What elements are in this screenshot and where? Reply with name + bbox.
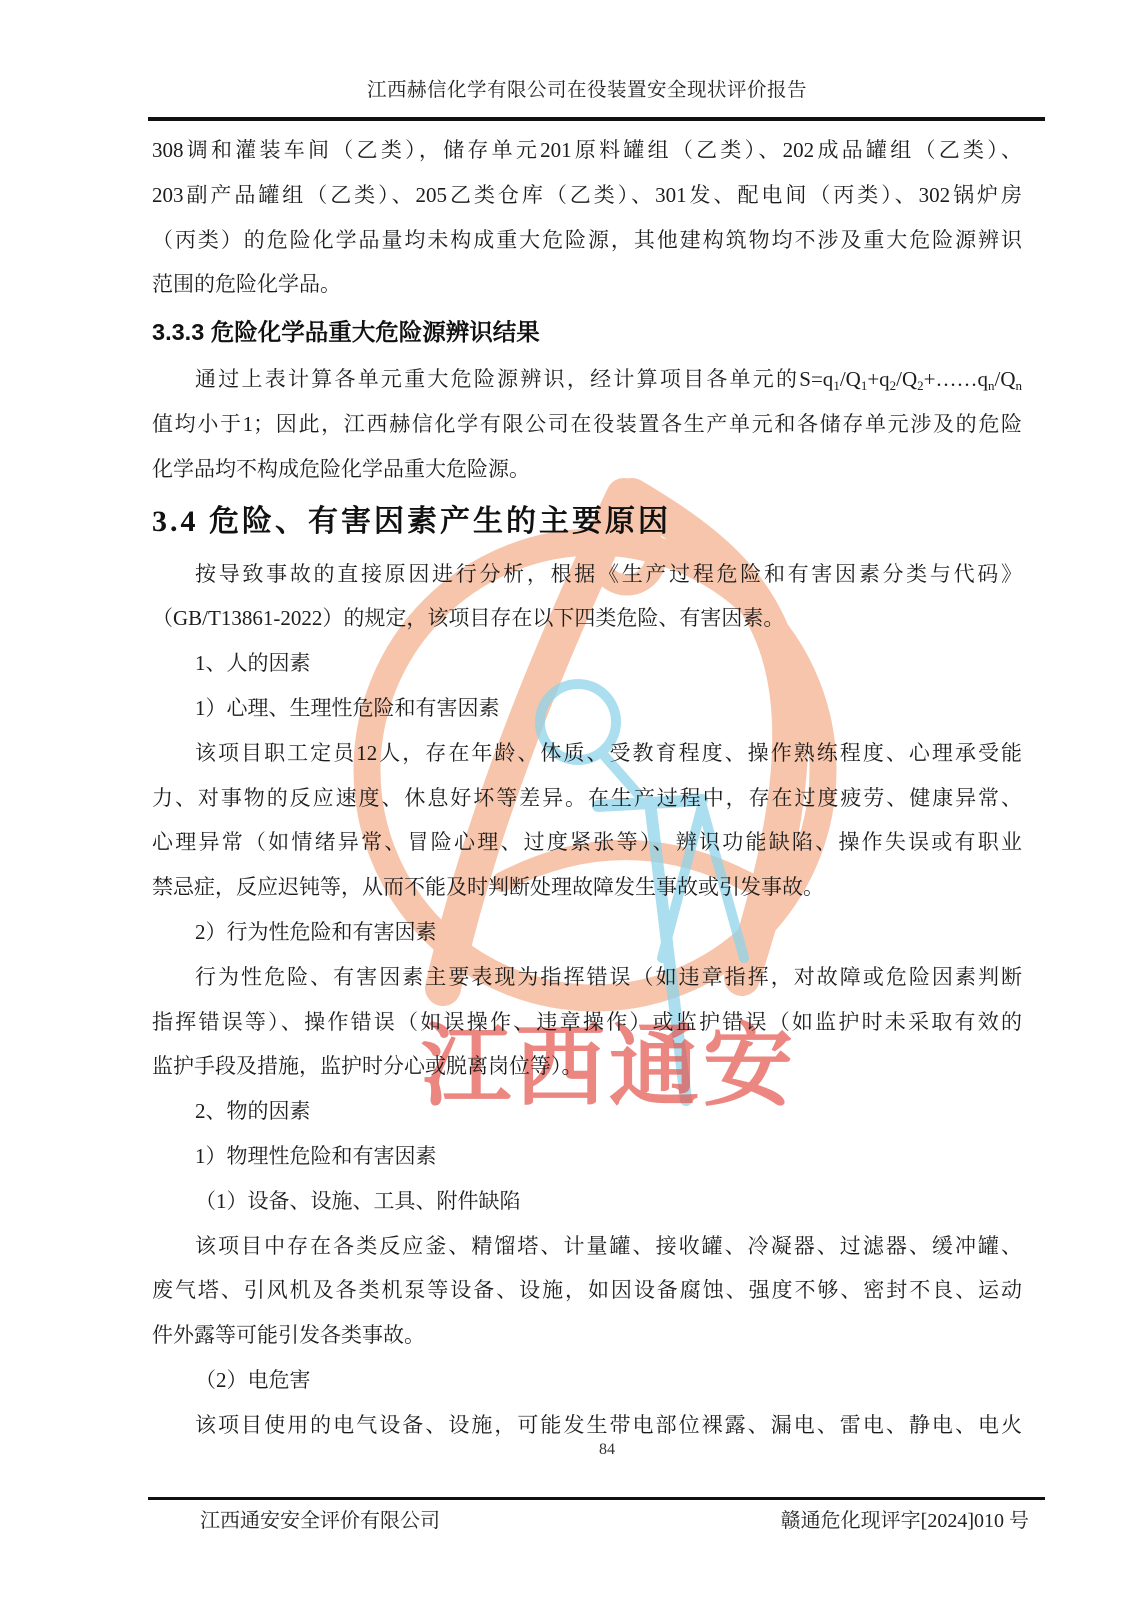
para-analysis-basis: 按导致事故的直接原因进行分析，根据《生产过程危险和有害因素分类与代码》（GB/T…	[152, 552, 1022, 642]
text-line: 化学品均不构成危险化学品重大危险源。	[152, 447, 1022, 492]
text-line: 1、人的因素	[152, 641, 1022, 686]
text-line: 范围的危险化学品。	[152, 262, 1022, 307]
text-line: 2、物的因素	[152, 1089, 1022, 1134]
text-line: 值均小于1；因此，江西赫信化学有限公司在役装置各生产单元和各储存单元涉及的危险	[152, 402, 1022, 447]
text-line: 203副产品罐组（乙类）、205乙类仓库（乙类）、301发、配电间（丙类）、30…	[152, 173, 1022, 218]
text-line: 该项目职工定员12人，存在年龄、体质、受教育程度、操作熟练程度、心理承受能	[152, 731, 1022, 776]
footer-company: 江西通安安全评价有限公司	[200, 1508, 440, 1534]
page-number: 84	[172, 1441, 1042, 1459]
header-rule	[148, 117, 1045, 121]
text-line: 监护手段及措施，监护时分心或脱离岗位等）。	[152, 1044, 1022, 1089]
text-line: 力、对事物的反应速度、休息好坏等差异。在生产过程中，存在过度疲劳、健康异常、	[152, 776, 1022, 821]
para-identification-result: 通过上表计算各单元重大危险源辨识，经计算项目各单元的S=q1/Q1+q2/Q2+…	[152, 357, 1022, 491]
text-line: 该项目中存在各类反应釜、精馏塔、计量罐、接收罐、冷凝器、过滤器、缓冲罐、	[152, 1224, 1022, 1269]
text-line: 通过上表计算各单元重大危险源辨识，经计算项目各单元的S=q1/Q1+q2/Q2+…	[152, 357, 1022, 402]
text-line: 禁忌症，反应迟钝等，从而不能及时判断处理故障发生事故或引发事故。	[152, 865, 1022, 910]
text-line: （丙类）的危险化学品量均未构成重大危险源，其他建构筑物均不涉及重大危险源辨识	[152, 218, 1022, 263]
text-line: 废气塔、引风机及各类机泵等设备、设施，如因设备腐蚀、强度不够、密封不良、运动	[152, 1268, 1022, 1313]
para-item-1-2-title: 2）行为性危险和有害因素	[152, 910, 1022, 955]
heading-3-3-3: 3.3.3 危险化学品重大危险源辨识结果	[152, 307, 1022, 357]
text-line: 308调和灌装车间（乙类），储存单元201原料罐组（乙类）、202成品罐组（乙类…	[152, 128, 1022, 173]
footer-row: 江西通安安全评价有限公司 赣通危化现评字[2024]010 号	[152, 1508, 1045, 1534]
para-psychological-factors: 该项目职工定员12人，存在年龄、体质、受教育程度、操作熟练程度、心理承受能力、对…	[152, 731, 1022, 910]
document-content: 308调和灌装车间（乙类），储存单元201原料罐组（乙类）、202成品罐组（乙类…	[152, 128, 1022, 1448]
text-line: 1）心理、生理性危险和有害因素	[152, 686, 1022, 731]
text-line: （2）电危害	[152, 1358, 1022, 1403]
para-item-2-material: 2、物的因素	[152, 1089, 1022, 1134]
para-item-2-1-title: 1）物理性危险和有害因素	[152, 1134, 1022, 1179]
document-page: 江西通安 江西赫信化学有限公司在役装置安全现状评价报告 308调和灌装车间（乙类…	[0, 0, 1131, 1600]
text-line: 件外露等可能引发各类事故。	[152, 1313, 1022, 1358]
para-storage-units: 308调和灌装车间（乙类），储存单元201原料罐组（乙类）、202成品罐组（乙类…	[152, 128, 1022, 307]
heading-3-4: 3.4 危险、有害因素产生的主要原因	[152, 492, 1022, 552]
text-line: （GB/T13861-2022）的规定，该项目存在以下四类危险、有害因素。	[152, 596, 1022, 641]
text-line: 1）物理性危险和有害因素	[152, 1134, 1022, 1179]
text-line: 指挥错误等）、操作错误（如误操作、违章操作）或监护错误（如监护时未采取有效的	[152, 1000, 1022, 1045]
para-behavioral-factors: 行为性危险、有害因素主要表现为指挥错误（如违章指挥，对故障或危险因素判断指挥错误…	[152, 955, 1022, 1089]
para-item-1-human: 1、人的因素	[152, 641, 1022, 686]
text-line: （1）设备、设施、工具、附件缺陷	[152, 1179, 1022, 1224]
footer-rule	[148, 1497, 1045, 1500]
para-item-2-1-2-title: （2）电危害	[152, 1358, 1022, 1403]
footer-doc-number: 赣通危化现评字[2024]010 号	[781, 1508, 1029, 1534]
para-equipment-defects: 该项目中存在各类反应釜、精馏塔、计量罐、接收罐、冷凝器、过滤器、缓冲罐、废气塔、…	[152, 1224, 1022, 1358]
report-header-title: 江西赫信化学有限公司在役装置安全现状评价报告	[152, 78, 1022, 104]
text-line: 心理异常（如情绪异常、冒险心理、过度紧张等）、辨识功能缺陷、操作失误或有职业	[152, 820, 1022, 865]
text-line: 2）行为性危险和有害因素	[152, 910, 1022, 955]
para-item-1-1-title: 1）心理、生理性危险和有害因素	[152, 686, 1022, 731]
text-line: 按导致事故的直接原因进行分析，根据《生产过程危险和有害因素分类与代码》	[152, 552, 1022, 597]
para-item-2-1-1-title: （1）设备、设施、工具、附件缺陷	[152, 1179, 1022, 1224]
text-line: 行为性危险、有害因素主要表现为指挥错误（如违章指挥，对故障或危险因素判断	[152, 955, 1022, 1000]
